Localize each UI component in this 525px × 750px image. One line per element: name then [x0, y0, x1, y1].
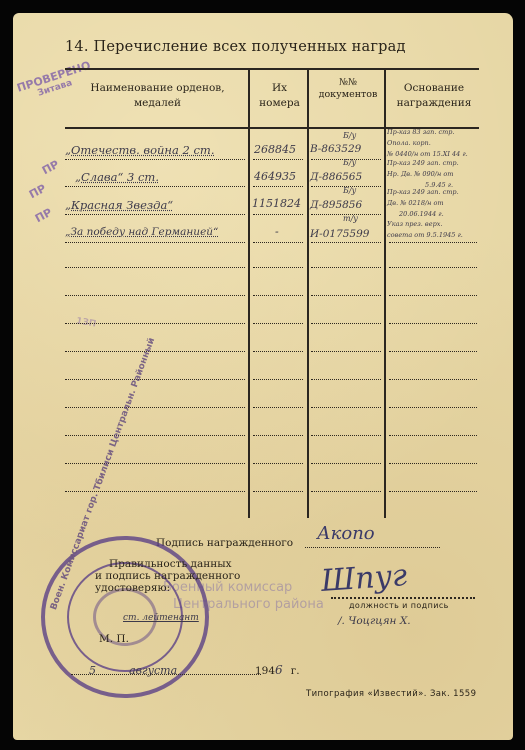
row-line	[65, 351, 245, 352]
date-suffix: г.	[291, 665, 300, 677]
basis-4: Указ през. верх. совета от 9.5.1945 г.	[387, 219, 463, 241]
row-line	[389, 463, 477, 464]
row-line	[253, 435, 303, 436]
row-line	[389, 295, 477, 296]
row-line	[311, 295, 381, 296]
award-number-4: -	[275, 225, 279, 238]
row-line	[253, 159, 303, 160]
certification-line-1: Правильность данных	[109, 558, 240, 570]
date-underline	[71, 674, 261, 675]
row-line	[65, 214, 245, 215]
row-line	[253, 463, 303, 464]
award-name-2: „Слава“ 3 ст.	[75, 170, 159, 184]
row-line	[389, 242, 477, 243]
row-line	[311, 491, 381, 492]
row-line	[311, 323, 381, 324]
row-line	[389, 379, 477, 380]
row-line	[311, 267, 381, 268]
row-line	[311, 463, 381, 464]
official-signature: Шпуг	[320, 558, 408, 599]
row-line	[65, 463, 245, 464]
row-line	[253, 267, 303, 268]
award-name-4: „За победу над Германией“	[65, 226, 218, 238]
date-year: 1946г.	[255, 663, 300, 677]
row-line	[65, 295, 245, 296]
header-numbers: Их номера	[257, 81, 302, 111]
row-line	[65, 159, 245, 160]
header-basis: Основание награждения	[391, 81, 477, 111]
row-line	[311, 407, 381, 408]
awardee-signature-label: Подпись награжденного	[156, 537, 293, 549]
row-line	[253, 242, 303, 243]
doc-series-2: Б/у	[343, 158, 356, 167]
column-divider-1	[248, 70, 250, 518]
doc-number-4: И-0175599	[310, 228, 369, 240]
row-line	[311, 351, 381, 352]
row-line	[389, 323, 477, 324]
row-line	[253, 186, 303, 187]
header-award-name: Наименование орденов, медалей	[75, 81, 240, 111]
row-line	[253, 323, 303, 324]
doc-series-3: Б/у	[343, 186, 356, 195]
row-line	[65, 267, 245, 268]
column-divider-2	[307, 70, 309, 518]
basis-3: Пр-каз 249 зап. стр. Дв. № 0218/н от 20.…	[387, 187, 459, 220]
position-label: должность и подпись	[349, 601, 449, 610]
row-line	[253, 351, 303, 352]
row-line	[311, 242, 381, 243]
row-line	[253, 214, 303, 215]
mp-label: М. П.	[99, 633, 129, 645]
row-line	[253, 295, 303, 296]
doc-series-4: т/у	[343, 214, 358, 223]
doc-number-1: В-863529	[310, 143, 361, 155]
row-line	[65, 379, 245, 380]
row-line	[389, 407, 477, 408]
date-year-suffix: 6	[275, 663, 283, 677]
row-line	[389, 491, 477, 492]
row-line	[65, 186, 245, 187]
row-line	[253, 379, 303, 380]
certification-rank: ст. лейтенант	[123, 613, 199, 623]
side-stamp-3: ПР	[33, 206, 54, 226]
award-name-3: „Красная Звезда“	[65, 198, 173, 212]
side-stamp-1: ПР	[40, 158, 61, 178]
header-doc-numbers: №№ документов	[318, 77, 378, 101]
row-line	[389, 267, 477, 268]
row-line	[65, 435, 245, 436]
doc-series-1: Б/у	[343, 131, 356, 140]
date-year-prefix: 194	[255, 665, 275, 677]
certification-block: Правильность данных и подпись награжденн…	[95, 558, 240, 594]
certification-line-2: и подпись награжденного	[95, 570, 240, 582]
date-line: 5 августа	[71, 659, 261, 678]
official-name: /. Чоцгцян Х.	[338, 615, 411, 627]
award-name-1: „Отечеств. война 2 ст.	[65, 143, 215, 157]
section-title: 14. Перечисление всех полученных наград	[65, 39, 406, 55]
doc-number-3: Д-895856	[310, 199, 362, 211]
table-top-rule	[65, 68, 479, 70]
row-line	[65, 242, 245, 243]
row-line	[389, 351, 477, 352]
row-line	[389, 435, 477, 436]
row-line	[65, 323, 245, 324]
certification-line-3: удостоверяю:	[95, 582, 240, 594]
award-card-page: 14. Перечисление всех полученных наград …	[13, 13, 513, 740]
row-line	[253, 407, 303, 408]
awardee-signature: Акопо	[317, 523, 375, 544]
award-number-1: 268845	[254, 143, 296, 156]
official-signature-line	[331, 597, 475, 599]
column-divider-3	[384, 70, 386, 518]
awardee-signature-line	[305, 547, 440, 548]
date-day: 5	[89, 664, 96, 677]
basis-1: Пр-каз 83 зап. стр. Опола. корп. № 0440/…	[387, 127, 468, 160]
doc-number-2: Д-886565	[310, 171, 362, 183]
row-line	[65, 407, 245, 408]
award-number-3: 1151824	[252, 197, 301, 210]
date-month: августа	[129, 664, 177, 677]
printer-line: Типография «Известий». Зак. 1559	[306, 689, 476, 699]
row-line	[311, 379, 381, 380]
row-line	[253, 491, 303, 492]
side-stamp-2: ПР	[27, 182, 48, 202]
award-number-2: 464935	[254, 170, 296, 183]
row-line	[311, 435, 381, 436]
